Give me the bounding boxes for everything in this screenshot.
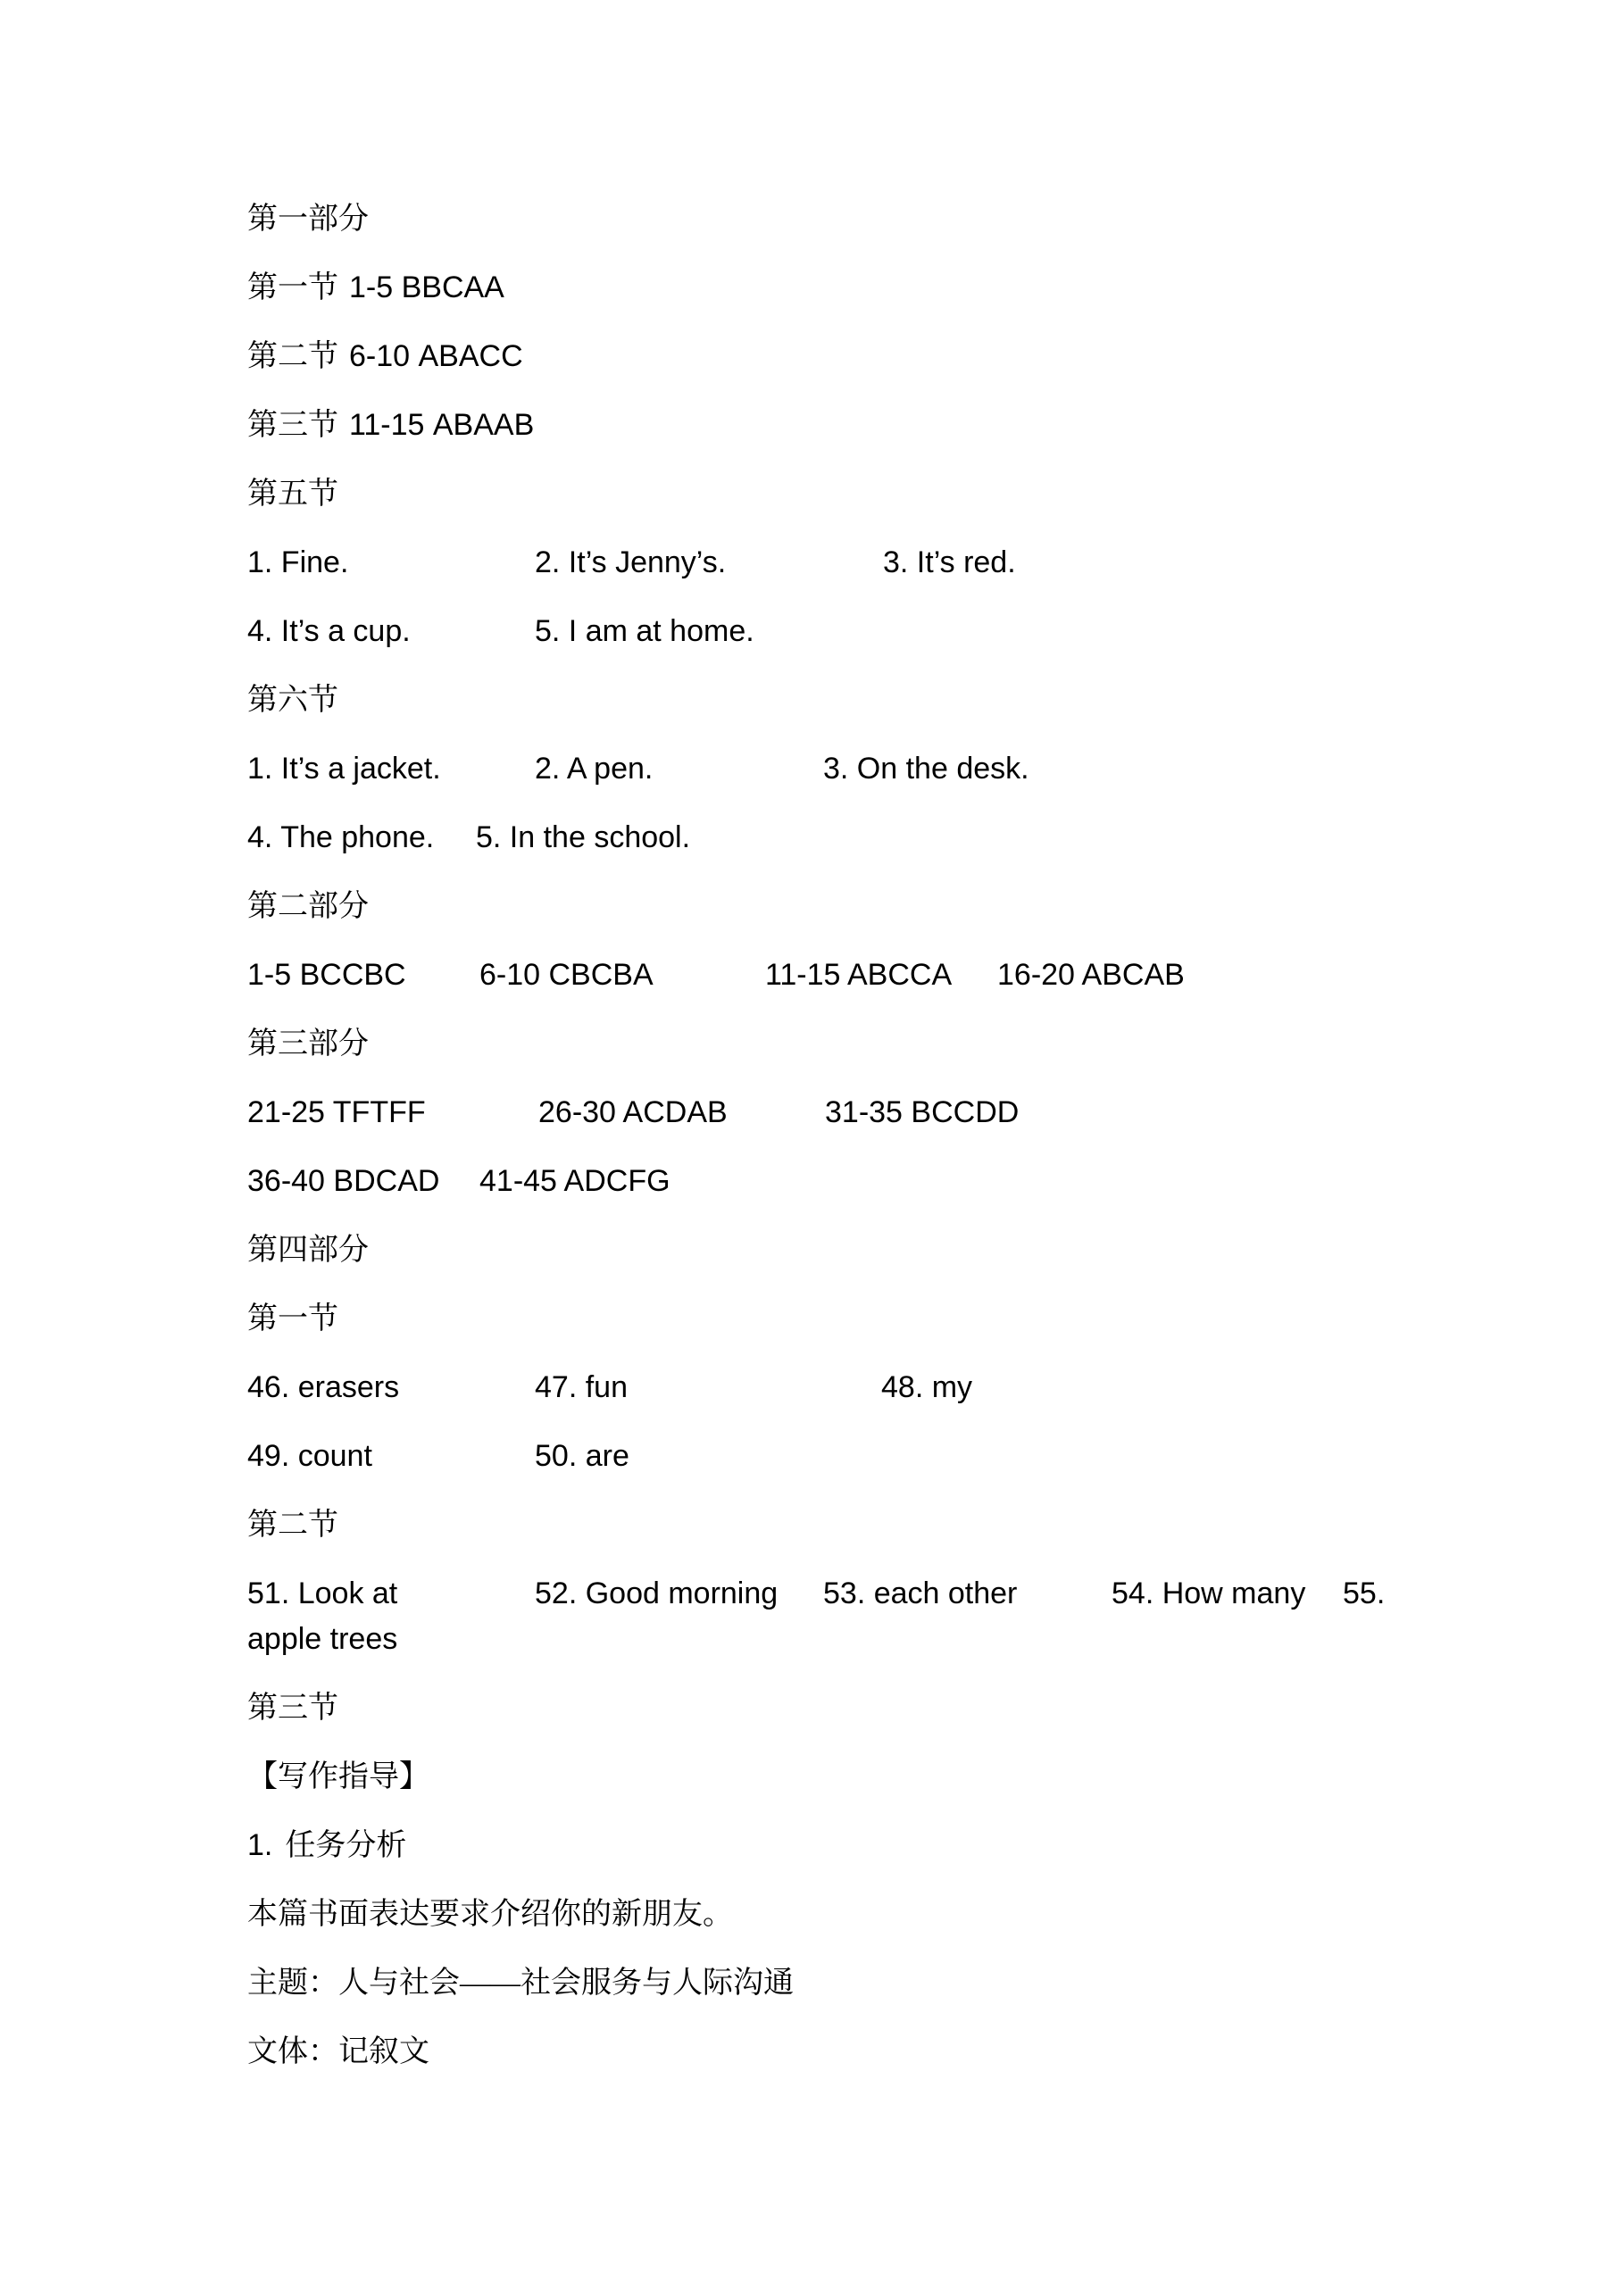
answer-55-text: apple trees [247, 1617, 397, 1662]
part2-heading: 第二部分 [247, 890, 369, 923]
answer-49: 49. count [247, 1434, 372, 1479]
answer-48: 48. my [881, 1365, 972, 1410]
writing-guide-genre-line: 文体：记叙文 [247, 2029, 1399, 2075]
part1-heading-line: 第一部分 [247, 196, 1399, 242]
part2-heading-line: 第二部分 [247, 884, 1399, 929]
answer-52: 52. Good morning [535, 1571, 778, 1617]
part1-section1-answers: 1-5 BBCAA [349, 270, 504, 304]
part4-section1-heading-line: 第一节 [247, 1296, 1399, 1342]
part1-section2-label: 第二节 [247, 340, 338, 373]
part4-section2-row1-wrap: apple trees [247, 1617, 1399, 1662]
writing-guide-task-line: 本篇书面表达要求介绍你的新朋友。 [247, 1892, 1399, 1937]
answer-s6-4: 4. The phone. [247, 815, 434, 861]
answer-s5-1: 1. Fine. [247, 540, 348, 586]
part4-section2-label: 第二节 [247, 1509, 338, 1542]
writing-guide-item1-number: 1. [247, 1828, 272, 1862]
answers-26-30: 26-30 ACDAB [538, 1090, 728, 1136]
answers-36-40: 36-40 BDCAD [247, 1159, 439, 1204]
answer-50: 50. are [535, 1434, 629, 1479]
part4-section3-label: 第三节 [247, 1692, 338, 1725]
answer-s6-2: 2. A pen. [535, 746, 653, 792]
part3-heading: 第三部分 [247, 1027, 369, 1061]
answers-41-45: 41-45 ADCFG [479, 1159, 670, 1204]
part1-section1-label: 第一节 [247, 271, 338, 304]
answer-54: 54. How many [1112, 1571, 1305, 1617]
answer-s5-3: 3. It’s red. [883, 540, 1016, 586]
answer-s5-2: 2. It’s Jenny’s. [535, 540, 726, 586]
writing-guide-theme-line: 主题：人与社会——社会服务与人际沟通 [247, 1960, 1399, 2006]
part1-heading: 第一部分 [247, 203, 369, 236]
writing-guide-task-desc: 本篇书面表达要求介绍你的新朋友。 [247, 1898, 733, 1931]
answer-s5-5: 5. I am at home. [535, 609, 754, 654]
part1-section2-line: 第二节6-10 ABACC [247, 334, 1399, 379]
answers-6-10: 6-10 CBCBA [479, 953, 654, 998]
part4-section1-label: 第一节 [247, 1302, 338, 1335]
section6-answers-row1: 1. It’s a jacket. 2. A pen. 3. On the de… [247, 746, 1399, 792]
part4-section1-row1: 46. erasers 47. fun 48. my [247, 1365, 1399, 1410]
part3-heading-line: 第三部分 [247, 1021, 1399, 1067]
part4-section2-row1: 51. Look at 52. Good morning 53. each ot… [247, 1571, 1399, 1617]
answer-s6-1: 1. It’s a jacket. [247, 746, 441, 792]
document-page: 第一部分 第一节1-5 BBCAA 第二节6-10 ABACC 第三节11-15… [0, 0, 1624, 2296]
part1-section5-heading-line: 第五节 [247, 471, 1399, 517]
part4-section2-heading-line: 第二节 [247, 1502, 1399, 1548]
section6-answers-row2: 4. The phone. 5. In the school. [247, 815, 1399, 861]
section5-answers-row1: 1. Fine. 2. It’s Jenny’s. 3. It’s red. [247, 540, 1399, 586]
answer-47: 47. fun [535, 1365, 628, 1410]
answers-31-35: 31-35 BCCDD [825, 1090, 1019, 1136]
writing-guide-item1-line: 1.任务分析 [247, 1823, 1399, 1868]
part1-section3-label: 第三节 [247, 409, 338, 442]
part4-section1-row2: 49. count 50. are [247, 1434, 1399, 1479]
part4-section3-heading-line: 第三节 [247, 1685, 1399, 1731]
answer-46: 46. erasers [247, 1365, 399, 1410]
answer-s5-4: 4. It’s a cup. [247, 609, 411, 654]
part1-section6-label: 第六节 [247, 684, 338, 717]
part1-section1-line: 第一节1-5 BBCAA [247, 265, 1399, 311]
part4-heading: 第四部分 [247, 1234, 369, 1267]
answers-1-5: 1-5 BCCBC [247, 953, 406, 998]
writing-guide-genre: 文体：记叙文 [247, 2035, 429, 2068]
writing-guide-theme: 主题：人与社会——社会服务与人际沟通 [247, 1967, 794, 2000]
answers-21-25: 21-25 TFTFF [247, 1090, 426, 1136]
answer-51: 51. Look at [247, 1571, 397, 1617]
part2-answers-row: 1-5 BCCBC 6-10 CBCBA 11-15 ABCCA 16-20 A… [247, 953, 1399, 998]
part1-section5-label: 第五节 [247, 478, 338, 511]
part4-heading-line: 第四部分 [247, 1227, 1399, 1273]
part1-section3-line: 第三节11-15 ABAAB [247, 403, 1399, 448]
answer-55-number: 55. [1343, 1571, 1385, 1617]
writing-guide-heading-line: 【写作指导】 [247, 1754, 1399, 1800]
part3-answers-row1: 21-25 TFTFF 26-30 ACDAB 31-35 BCCDD [247, 1090, 1399, 1136]
answers-16-20: 16-20 ABCAB [997, 953, 1185, 998]
part1-section3-answers: 11-15 ABAAB [349, 408, 534, 442]
answer-s6-3: 3. On the desk. [823, 746, 1029, 792]
part1-section2-answers: 6-10 ABACC [349, 339, 523, 373]
part1-section6-heading-line: 第六节 [247, 678, 1399, 723]
part3-answers-row2: 36-40 BDCAD 41-45 ADCFG [247, 1159, 1399, 1204]
writing-guide-heading: 【写作指导】 [247, 1760, 429, 1793]
answer-s6-5: 5. In the school. [476, 815, 690, 861]
answer-53: 53. each other [823, 1571, 1017, 1617]
document-content: 第一部分 第一节1-5 BBCAA 第二节6-10 ABACC 第三节11-15… [247, 196, 1399, 2098]
writing-guide-item1-title: 任务分析 [285, 1829, 406, 1862]
answers-11-15: 11-15 ABCCA [765, 953, 952, 998]
section5-answers-row2: 4. It’s a cup. 5. I am at home. [247, 609, 1399, 654]
